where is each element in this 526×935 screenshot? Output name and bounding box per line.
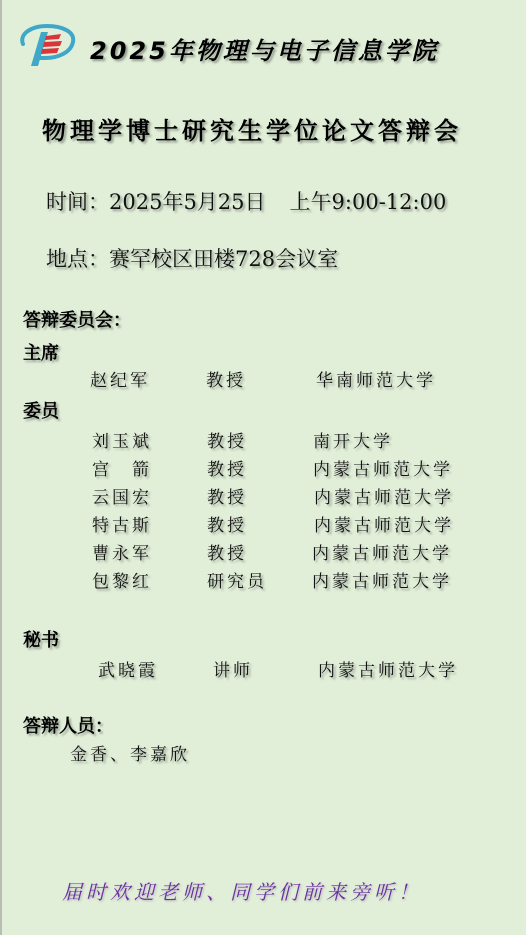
chair-affiliation: 华南师范大学	[316, 366, 436, 391]
member-row: 特古斯 教授 内蒙古师范大学	[0, 511, 526, 533]
defendant-names-text: 金香、李嘉欣	[70, 740, 190, 765]
member-row: 包黎红 研究员 内蒙古师范大学	[0, 567, 526, 589]
members-heading: 委员	[23, 397, 59, 423]
chair-row: 赵纪军 教授 华南师范大学	[0, 366, 526, 388]
chair-name: 赵纪军	[90, 366, 150, 391]
member-name: 刘玉斌	[92, 427, 152, 452]
place-label: 地点：	[46, 247, 109, 271]
event-title: 物理学博士研究生学位论文答辩会	[42, 111, 462, 146]
college-logo-icon	[17, 22, 77, 72]
member-name: 特古斯	[92, 511, 152, 536]
member-title: 教授	[207, 483, 247, 508]
defendants-heading: 答辩人员：	[23, 712, 113, 738]
chair-title: 教授	[206, 366, 246, 391]
member-affiliation: 内蒙古师范大学	[314, 483, 454, 508]
committee-heading: 答辩委员会：	[23, 306, 131, 332]
secretary-affiliation: 内蒙古师范大学	[318, 656, 458, 681]
time-date: 2025年5月25日	[109, 190, 266, 214]
member-affiliation: 南开大学	[313, 427, 393, 452]
member-name: 曹永军	[92, 539, 152, 564]
place-value: 赛罕校区田楼728会议室	[109, 247, 338, 271]
member-title: 研究员	[207, 567, 267, 592]
chair-heading: 主席	[23, 339, 59, 365]
info-place: 地点：赛罕校区田楼728会议室	[46, 243, 338, 273]
college-title: 2025年物理与电子信息学院	[90, 31, 439, 66]
member-title: 教授	[207, 427, 247, 452]
info-time: 时间：2025年5月25日上午9:00-12:00	[46, 186, 446, 216]
secretary-name: 武晓霞	[98, 656, 158, 681]
member-title: 教授	[207, 511, 247, 536]
member-affiliation: 内蒙古师范大学	[313, 455, 453, 480]
member-affiliation: 内蒙古师范大学	[312, 567, 452, 592]
secretary-row: 武晓霞 讲师 内蒙古师范大学	[0, 656, 526, 678]
member-name: 云国宏	[92, 483, 152, 508]
time-range: 上午9:00-12:00	[290, 190, 447, 214]
member-row: 宫 箭 教授 内蒙古师范大学	[0, 455, 526, 477]
member-row: 刘玉斌 教授 南开大学	[0, 427, 526, 449]
member-name: 包黎红	[92, 567, 152, 592]
secretary-title: 讲师	[213, 656, 253, 681]
member-title: 教授	[207, 455, 247, 480]
closing-invitation: 届时欢迎老师、同学们前来旁听！	[62, 876, 422, 905]
member-affiliation: 内蒙古师范大学	[312, 539, 452, 564]
member-row: 曹永军 教授 内蒙古师范大学	[0, 539, 526, 561]
time-label: 时间：	[46, 190, 109, 214]
member-affiliation: 内蒙古师范大学	[314, 511, 454, 536]
member-name: 宫 箭	[92, 455, 152, 480]
secretary-heading: 秘书	[23, 626, 59, 652]
member-title: 教授	[207, 539, 247, 564]
member-row: 云国宏 教授 内蒙古师范大学	[0, 483, 526, 505]
